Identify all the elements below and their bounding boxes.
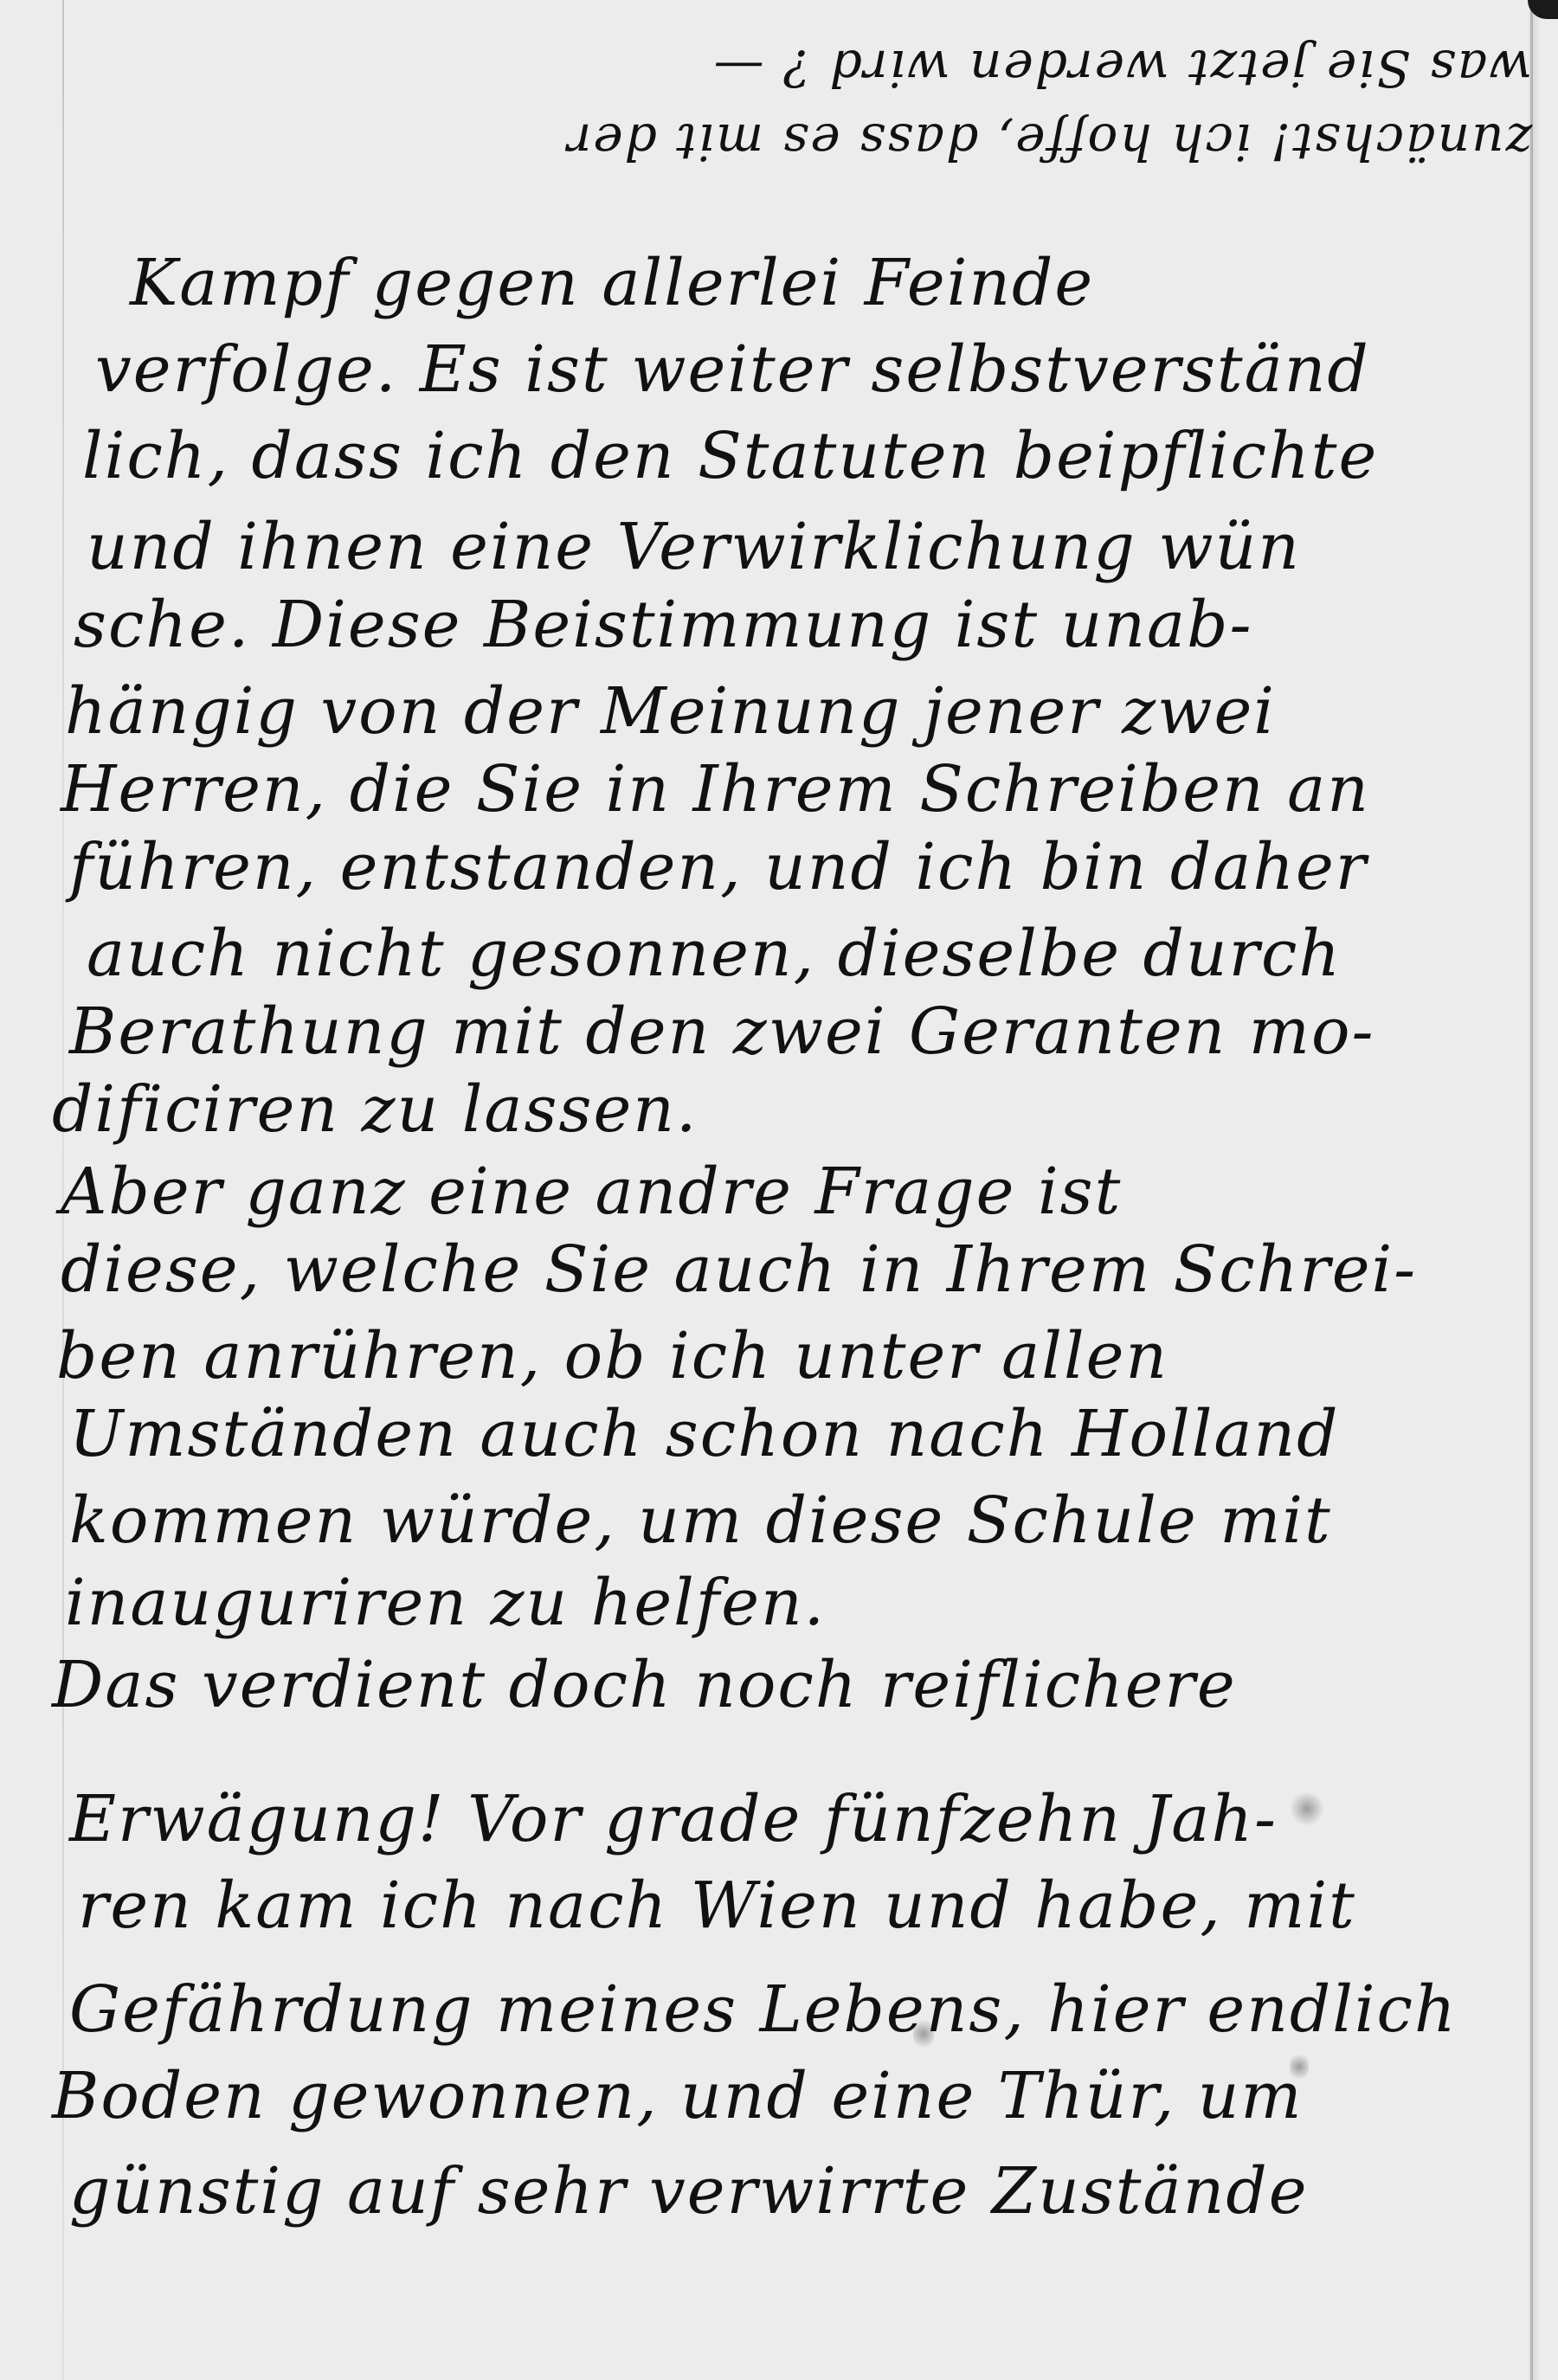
text-line: Gefährdung meines Lebens, hier endlich [69, 1978, 1541, 2042]
text-line: hängig von der Meinung jener zwei [65, 679, 1536, 743]
text-line: ben anrühren, ob ich unter allen [56, 1324, 1528, 1388]
inverted-margin-line: zunächst! ich hoffe, dass es mit der [104, 117, 1532, 167]
text-line: Umständen auch schon nach Holland [69, 1402, 1541, 1466]
text-line: Boden gewonnen, und eine Thür, um [52, 2064, 1523, 2128]
text-line: Kampf gegen allerlei Feinde [130, 251, 1558, 315]
text-line: günstig auf sehr verwirrte Zustände [69, 2159, 1541, 2223]
letter-page: was Sie jetzt werden wird ? — zunächst! … [0, 0, 1558, 2380]
text-line: verfolge. Es ist weiter selbstverständ [95, 338, 1558, 402]
text-line: lich, dass ich den Statuten beipflichte [82, 424, 1554, 488]
text-line: ren kam ich nach Wien und habe, mit [78, 1874, 1549, 1938]
inverted-margin-line: was Sie jetzt werden wird ? — [381, 43, 1532, 93]
text-line: Aber ganz eine andre Frage ist [61, 1160, 1532, 1224]
text-line: und ihnen eine Verwirklichung wün [87, 515, 1558, 579]
text-line: Erwägung! Vor grade fünfzehn Jah- [69, 1787, 1541, 1851]
text-line: inauguriren zu helfen. [65, 1571, 1536, 1635]
text-line: sche. Diese Beistimmung ist unab- [74, 593, 1545, 657]
text-line: Herren, die Sie in Ihrem Schreiben an [61, 757, 1532, 821]
text-line: diese, welche Sie auch in Ihrem Schrei- [61, 1238, 1532, 1302]
text-line: Das verdient doch noch reiflichere [52, 1653, 1523, 1717]
text-line: kommen würde, um diese Schule mit [69, 1489, 1541, 1553]
text-line: dificiren zu lassen. [52, 1077, 1523, 1142]
text-line: führen, entstanden, und ich bin daher [69, 835, 1541, 899]
text-line: auch nicht gesonnen, dieselbe durch [87, 922, 1558, 986]
text-line: Berathung mit den zwei Geranten mo- [69, 1000, 1541, 1064]
